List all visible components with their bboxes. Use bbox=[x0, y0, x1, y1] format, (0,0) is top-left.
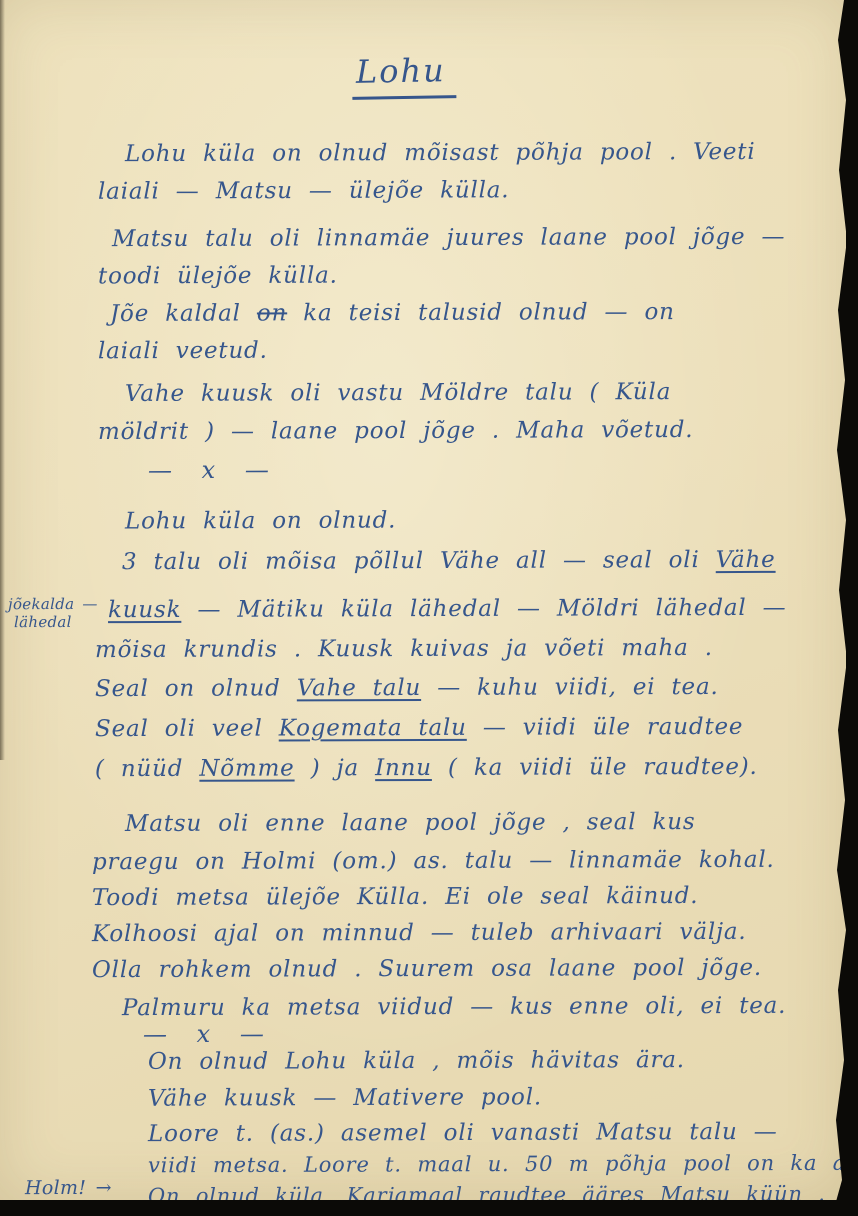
handwritten-line: Matsu talu oli linnamäe juures laane poo… bbox=[112, 224, 785, 252]
underlined-word: Innu bbox=[375, 755, 432, 781]
text-segment: praegu on Holmi (om.) as. talu — linnamä… bbox=[92, 847, 775, 875]
text-segment: Holm! → bbox=[25, 1177, 112, 1199]
paper-left-edge-shadow bbox=[0, 0, 5, 760]
text-segment: laiali veetud. bbox=[98, 338, 268, 365]
text-segment: ) ja bbox=[295, 755, 376, 781]
text-segment: jõekalda — bbox=[8, 595, 98, 613]
text-segment: Loore t. (as.) asemel oli vanasti Matsu … bbox=[148, 1119, 778, 1147]
handwritten-line: mõisa krundis . Kuusk kuivas ja võeti ma… bbox=[95, 635, 713, 663]
text-segment: mõisa krundis . Kuusk kuivas ja võeti ma… bbox=[95, 635, 713, 663]
photo-background-bottom bbox=[0, 1200, 858, 1216]
handwritten-line: Kolhoosi ajal on minnud — tuleb arhivaar… bbox=[92, 919, 747, 947]
text-segment: Matsu oli enne laane pool jõge , seal ku… bbox=[125, 809, 696, 837]
handwritten-line: Seal oli veel Kogemata talu — viidi üle … bbox=[95, 714, 743, 742]
handwritten-line: möldrit ) — laane pool jõge . Maha võetu… bbox=[98, 417, 693, 445]
text-segment: möldrit ) — laane pool jõge . Maha võetu… bbox=[98, 417, 693, 445]
text-segment: — kuhu viidi, ei tea. bbox=[421, 674, 719, 701]
text-segment: Olla rohkem olnud . Suurem osa laane poo… bbox=[92, 955, 762, 983]
text-segment: Seal oli veel bbox=[95, 715, 279, 742]
text-segment: Vahe kuusk oli vastu Möldre talu ( Küla bbox=[125, 379, 671, 407]
margin-note: Holm! → bbox=[25, 1180, 112, 1197]
underlined-word: Nõmme bbox=[199, 755, 294, 781]
handwritten-line: Jõe kaldal on ka teisi talusid olnud — o… bbox=[110, 299, 675, 327]
text-segment: Jõe kaldal bbox=[110, 300, 257, 327]
handwritten-line: toodi ülejõe külla. bbox=[98, 263, 338, 290]
handwritten-line: viidi metsa. Loore t. maal u. 50 m põhja… bbox=[148, 1151, 858, 1178]
underlined-word: Kogemata talu bbox=[279, 715, 467, 742]
handwritten-line: Vähe kuusk — Mativere pool. bbox=[148, 1084, 542, 1111]
handwritten-line: Loore t. (as.) asemel oli vanasti Matsu … bbox=[148, 1119, 778, 1147]
text-segment: viidi metsa. Loore t. maal u. 50 m põhja… bbox=[148, 1151, 858, 1178]
handwritten-line: Lohu küla on olnud mõisast põhja pool . … bbox=[125, 139, 756, 167]
text-segment: Toodi metsa ülejõe Külla. Ei ole seal kä… bbox=[92, 883, 698, 911]
handwritten-line: Toodi metsa ülejõe Külla. Ei ole seal kä… bbox=[92, 883, 698, 911]
handwritten-line: Palmuru ka metsa viidud — kus enne oli, … bbox=[122, 993, 786, 1021]
section-divider: — x — bbox=[143, 1020, 269, 1048]
handwritten-line: Lohu küla on olnud. bbox=[125, 508, 396, 535]
scanned-handwritten-page: { "colors": { "ink": "#36568c", "paper":… bbox=[0, 0, 858, 1216]
underlined-word: kuusk bbox=[108, 597, 181, 623]
page-title: Lohu bbox=[352, 51, 457, 100]
text-segment: — x — bbox=[148, 456, 274, 484]
text-segment: ka teisi talusid olnud — on bbox=[287, 299, 675, 326]
text-segment: 3 talu oli mõisa põllul Vähe all — seal … bbox=[122, 547, 716, 575]
underlined-word: Vähe bbox=[716, 547, 776, 573]
text-segment: lähedal bbox=[14, 613, 72, 631]
text-segment: — Mätiku küla lähedal — Möldri lähedal — bbox=[181, 595, 786, 623]
text-segment: — viidi üle raudtee bbox=[467, 714, 744, 741]
text-segment: ( nüüd bbox=[95, 756, 199, 782]
text-segment: Kolhoosi ajal on minnud — tuleb arhivaar… bbox=[92, 919, 747, 947]
text-segment: Matsu talu oli linnamäe juures laane poo… bbox=[112, 224, 785, 252]
margin-note: jõekalda — bbox=[8, 596, 98, 613]
text-segment: Palmuru ka metsa viidud — kus enne oli, … bbox=[122, 993, 786, 1021]
handwritten-line: ( nüüd Nõmme ) ja Innu ( ka viidi üle ra… bbox=[95, 754, 758, 782]
handwritten-line: Olla rohkem olnud . Suurem osa laane poo… bbox=[92, 955, 762, 983]
torn-edge-right bbox=[832, 0, 858, 1216]
text-segment: On olnud Lohu küla , mõis hävitas ära. bbox=[148, 1047, 685, 1075]
handwritten-line: Seal on olnud Vahe talu — kuhu viidi, ei… bbox=[95, 674, 719, 702]
text-segment: Vähe kuusk — Mativere pool. bbox=[148, 1084, 542, 1111]
handwritten-line: 3 talu oli mõisa põllul Vähe all — seal … bbox=[122, 547, 776, 575]
text-segment: laiali — Matsu — ülejõe külla. bbox=[98, 177, 509, 204]
handwritten-line: praegu on Holmi (om.) as. talu — linnamä… bbox=[92, 847, 775, 875]
text-segment: toodi ülejõe külla. bbox=[98, 263, 338, 290]
handwritten-line: kuusk — Mätiku küla lähedal — Möldri läh… bbox=[108, 595, 787, 623]
text-segment: Lohu küla on olnud mõisast põhja pool . … bbox=[125, 139, 756, 167]
struck-word: on bbox=[257, 300, 287, 326]
underlined-word: Vahe talu bbox=[297, 675, 421, 701]
handwritten-line: laiali — Matsu — ülejõe külla. bbox=[98, 177, 509, 204]
text-segment: Lohu küla on olnud. bbox=[125, 508, 396, 535]
handwritten-line: On olnud Lohu küla , mõis hävitas ära. bbox=[148, 1047, 685, 1075]
text-segment: Seal on olnud bbox=[95, 675, 297, 702]
handwritten-line: Matsu oli enne laane pool jõge , seal ku… bbox=[125, 809, 696, 837]
handwritten-line: laiali veetud. bbox=[98, 338, 268, 365]
text-segment: ( ka viidi üle raudtee). bbox=[432, 754, 758, 781]
margin-note: lähedal bbox=[14, 614, 72, 631]
handwritten-line: Vahe kuusk oli vastu Möldre talu ( Küla bbox=[125, 379, 671, 407]
text-segment: — x — bbox=[143, 1020, 269, 1048]
section-divider: — x — bbox=[148, 456, 274, 484]
